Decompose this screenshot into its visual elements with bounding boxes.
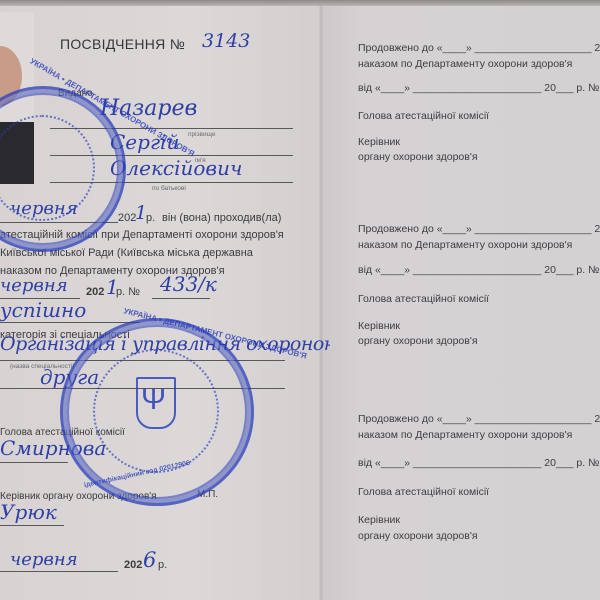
extension-commission-label: Голова атестаційної комісії bbox=[358, 110, 489, 122]
order-number-label: р. № bbox=[116, 286, 140, 298]
extension-head-label-1: Керівник bbox=[358, 136, 400, 148]
result-value: успішно bbox=[0, 298, 86, 322]
extended-until-label: Продовжено до «____» ___________________… bbox=[358, 413, 600, 425]
order-year-prefix: 202 bbox=[86, 286, 104, 298]
extension-order-label: наказом по Департаменту охорони здоров'я bbox=[358, 58, 572, 70]
commission-line bbox=[0, 462, 68, 463]
trident-icon: Ψ bbox=[141, 385, 166, 415]
valid-until-suffix: р. bbox=[158, 559, 167, 571]
extension-head-label-2: органу охорони здоров'я bbox=[358, 335, 478, 347]
page-fold bbox=[318, 6, 324, 600]
extension-commission-label: Голова атестаційної комісії bbox=[358, 486, 489, 498]
extension-date-label: від «____» ______________________ 20___ … bbox=[358, 82, 599, 94]
exam-year-prefix: 202 bbox=[118, 212, 136, 224]
extension-order-label: наказом по Департаменту охорони здоров'я bbox=[358, 429, 572, 441]
head-line bbox=[0, 525, 64, 526]
extension-head-label-1: Керівник bbox=[358, 514, 400, 526]
extension-order-label: наказом по Департаменту охорони здоров'я bbox=[358, 239, 572, 251]
patronymic-value: Олексійович bbox=[110, 156, 242, 180]
extension-head-label-2: органу охорони здоров'я bbox=[358, 530, 478, 542]
extension-date-label: від «____» ______________________ 20___ … bbox=[358, 264, 599, 276]
extension-head-label-2: органу охорони здоров'я bbox=[358, 151, 478, 163]
certificate-title: ПОСВІДЧЕННЯ № bbox=[60, 36, 185, 52]
valid-until-line bbox=[0, 571, 118, 572]
official-stamp: УКРАЇНА • ДЕПАРТАМЕНТ ОХОРОНИ ЗДОРОВ'Я і… bbox=[60, 318, 254, 506]
order-number-line bbox=[152, 298, 210, 299]
valid-until-year-prefix: 202 bbox=[124, 559, 142, 571]
valid-until-year-digit: 6 bbox=[143, 548, 156, 572]
passed-text: він (вона) проходив(ла) bbox=[162, 212, 281, 224]
patronymic-caption: по батькові bbox=[152, 185, 186, 192]
head-signature: Урюк bbox=[0, 500, 57, 524]
extension-head-label-1: Керівник bbox=[358, 320, 400, 332]
extension-date-label: від «____» ______________________ 20___ … bbox=[358, 457, 599, 469]
order-month-value: червня bbox=[0, 275, 68, 296]
extended-until-label: Продовжено до «____» ___________________… bbox=[358, 42, 600, 54]
exam-year-suffix: р. bbox=[146, 212, 155, 224]
result-line bbox=[0, 322, 140, 323]
extension-commission-label: Голова атестаційної комісії bbox=[358, 293, 489, 305]
extended-until-label: Продовжено до «____» ___________________… bbox=[358, 223, 600, 235]
order-number-value: 433/к bbox=[160, 272, 217, 296]
valid-until-month: червня bbox=[10, 549, 78, 570]
surname-caption: прізвище bbox=[188, 131, 216, 138]
certificate-number: 3143 bbox=[202, 30, 250, 52]
stamp-inner-ring bbox=[0, 115, 95, 221]
